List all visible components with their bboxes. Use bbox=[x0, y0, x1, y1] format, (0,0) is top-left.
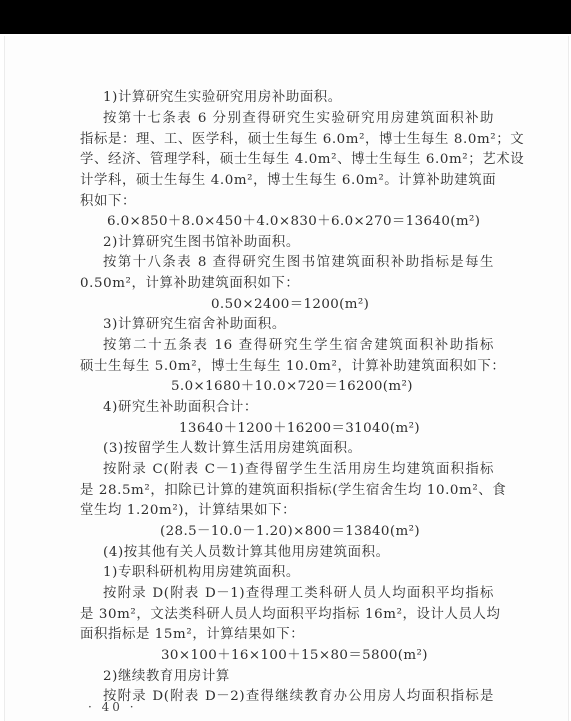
text-line: 学、经济、管理学科，硕士生每生 4.0m²、博士生每生 6.0m²；艺术设 bbox=[80, 151, 494, 169]
formula-line: 0.50×2400＝1200(m²) bbox=[211, 296, 494, 314]
text-line: 2)继续教育用房计算 bbox=[103, 668, 494, 686]
text-line: 3)计算研究生宿舍补助面积。 bbox=[103, 316, 494, 334]
text-line: 0.50m²，计算补助建筑面积如下： bbox=[80, 275, 494, 293]
formula-line: 13640＋1200＋16200＝31040(m²) bbox=[179, 420, 494, 438]
top-black-band bbox=[0, 0, 571, 34]
text-line: 按第十七条表 6 分别查得研究生实验研究用房建筑面积补助 bbox=[103, 110, 494, 128]
text-line: 指标是：理、工、医学科，硕士生每生 6.0m²，博士生每生 8.0m²；文 bbox=[80, 131, 494, 149]
text-line: 4)研究生补助面积合计： bbox=[103, 399, 494, 417]
text-line: 是 28.5m²，扣除已计算的建筑面积指标(学生宿舍生均 10.0m²、食 bbox=[80, 482, 494, 500]
text-line: (4)按其他有关人员数计算其他用房建筑面积。 bbox=[103, 544, 494, 562]
text-line: 堂生均 1.20m²)，计算结果如下： bbox=[80, 502, 494, 520]
page-number: · 40 · bbox=[88, 700, 137, 714]
formula-line: (28.5－10.0－1.20)×800＝13840(m²) bbox=[160, 523, 494, 541]
text-line: 积如下： bbox=[80, 193, 494, 211]
text-line: (3)按留学生人数计算生活用房建筑面积。 bbox=[103, 440, 494, 458]
text-line: 是 30m²，文法类科研人员人均面积平均指标 16m²，设计人员人均 bbox=[80, 606, 494, 624]
text-line: 按附录 D(附表 D－1)查得理工类科研人员人均面积平均指标 bbox=[103, 585, 494, 603]
text-line: 2)计算研究生图书馆补助面积。 bbox=[103, 234, 494, 252]
formula-line: 5.0×1680＋10.0×720＝16200(m²) bbox=[171, 378, 494, 396]
text-line: 按第二十五条表 16 查得研究生学生宿舍建筑面积补助指标 bbox=[103, 337, 494, 355]
text-line: 1)计算研究生实验研究用房补助面积。 bbox=[103, 89, 494, 107]
text-line: 1)专职科研机构用房建筑面积。 bbox=[103, 564, 494, 582]
text-line: 面积指标是 15m²，计算结果如下： bbox=[80, 626, 494, 644]
text-line: 硕士生每生 5.0m²，博士生每生 10.0m²，计算补助建筑面积如下： bbox=[80, 358, 494, 376]
text-line: 按附录 C(附表 C－1)查得留学生生活用房生均建筑面积指标 bbox=[103, 461, 494, 479]
text-line: 按附录 D(附表 D－2)查得继续教育办公用房人均面积指标是 bbox=[103, 688, 494, 706]
formula-line: 30×100＋16×100＋15×80＝5800(m²) bbox=[161, 647, 494, 665]
text-line: 计学科，硕士生每生 4.0m²，博士生每生 6.0m²。计算补助建筑面 bbox=[80, 172, 494, 190]
text-line: 按第十八条表 8 查得研究生图书馆建筑面积补助指标是每生 bbox=[103, 254, 494, 272]
formula-line: 6.0×850＋8.0×450＋4.0×830＋6.0×270＝13640(m²… bbox=[107, 213, 494, 231]
